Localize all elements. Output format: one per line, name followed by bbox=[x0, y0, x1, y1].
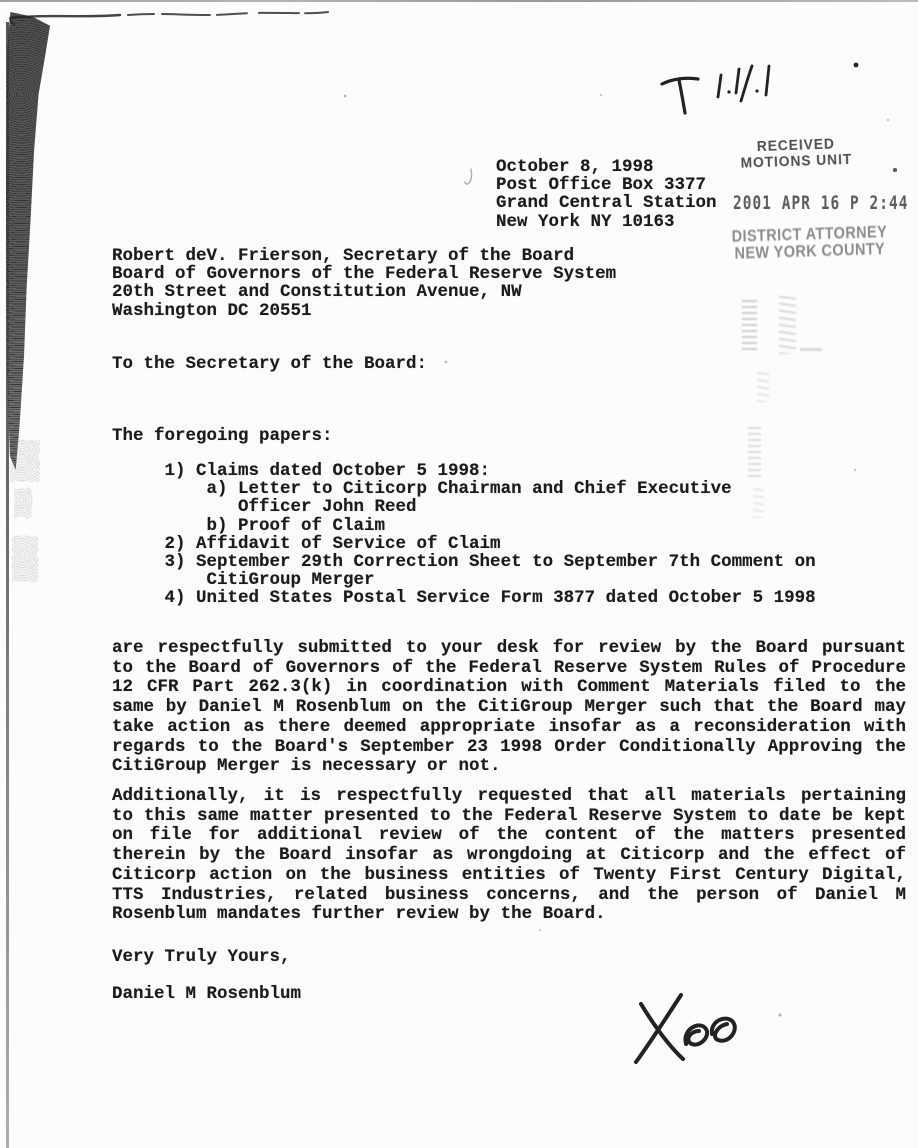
scan-speckle bbox=[14, 488, 32, 518]
text-line: New York NY 10163 bbox=[496, 213, 717, 231]
text-line: a) Letter to Citicorp Chairman and Chief… bbox=[112, 480, 816, 498]
scanned-letter-page: RECEIVED MOTIONS UNIT 2001 APR 16 P 2:44… bbox=[0, 0, 918, 1148]
faded-stamp-remnant bbox=[742, 300, 757, 350]
faded-stamp-remnant bbox=[779, 296, 796, 354]
text-line: 4) United States Postal Service Form 387… bbox=[112, 589, 816, 607]
intro-line: The foregoing papers: bbox=[112, 426, 333, 446]
text-line: 3) September 29th Correction Sheet to Se… bbox=[112, 553, 816, 571]
text-line: Grand Central Station bbox=[496, 194, 717, 212]
handwritten-exhibit-mark bbox=[648, 56, 868, 126]
text-line: same by Daniel M Rosenblum on the CitiGr… bbox=[112, 698, 906, 718]
text-line: 20th Street and Constitution Avenue, NW bbox=[112, 283, 616, 301]
text-line: to this same matter presented to the Fed… bbox=[112, 807, 906, 827]
text-line: Post Office Box 3377 bbox=[496, 176, 717, 194]
text-line: Additionally, it is respectfully request… bbox=[112, 787, 906, 807]
text-line: on file for additional review of the con… bbox=[112, 826, 906, 846]
closing-line: Very Truly Yours, bbox=[112, 947, 291, 967]
signature-scrawl bbox=[624, 988, 769, 1070]
text-line: 2) Affidavit of Service of Claim bbox=[112, 535, 816, 553]
text-line: take action as there deemed appropriate … bbox=[112, 718, 906, 738]
stamp-ink-dot bbox=[893, 168, 897, 172]
received-datetime-stamp: 2001 APR 16 P 2:44 bbox=[733, 191, 909, 214]
faint-pen-tick-artifact bbox=[463, 167, 477, 187]
recipient-address-block: Robert deV. Frierson, Secretary of the B… bbox=[112, 247, 616, 320]
text-line: TTS Industries, related business concern… bbox=[112, 886, 906, 906]
text-line: Citicorp action on the business entities… bbox=[112, 866, 906, 886]
text-line: 12 CFR Part 262.3(k) in coordination wit… bbox=[112, 678, 906, 698]
stamp-da-line2: NEW YORK COUNTY bbox=[726, 240, 893, 262]
text-line: Robert deV. Frierson, Secretary of the B… bbox=[112, 247, 616, 265]
text-line: October 8, 1998 bbox=[496, 158, 717, 176]
text-line: CitiGroup Merger is necessary or not. bbox=[112, 757, 906, 777]
text-line: Board of Governors of the Federal Reserv… bbox=[112, 265, 616, 283]
faded-stamp-remnant bbox=[800, 348, 822, 351]
text-line: CitiGroup Merger bbox=[112, 571, 816, 589]
text-line: Washington DC 20551 bbox=[112, 302, 616, 320]
text-line: regards to the Board's September 23 1998… bbox=[112, 738, 906, 758]
text-line: 1) Claims dated October 5 1998: bbox=[112, 462, 816, 480]
signature-name: Daniel M Rosenblum bbox=[112, 984, 301, 1004]
scan-speckle bbox=[10, 440, 40, 482]
faded-stamp-remnant bbox=[757, 368, 769, 402]
body-paragraph-1: are respectfully submitted to your desk … bbox=[112, 639, 906, 777]
text-line: Rosenblum mandates further review by the… bbox=[112, 905, 906, 925]
text-line: to the Board of Governors of the Federal… bbox=[112, 659, 906, 679]
text-line: are respectfully submitted to your desk … bbox=[112, 639, 906, 659]
body-paragraph-2: Additionally, it is respectfully request… bbox=[112, 787, 906, 925]
text-line: b) Proof of Claim bbox=[112, 517, 816, 535]
district-attorney-stamp: DISTRICT ATTORNEY NEW YORK COUNTY bbox=[726, 224, 893, 262]
text-line: therein by the Board insofar as wrongdoi… bbox=[112, 846, 906, 866]
scan-top-wavy-line-artifact bbox=[8, 6, 428, 26]
sender-date-block: October 8, 1998Post Office Box 3377Grand… bbox=[496, 158, 717, 231]
scan-corner-shadow-artifact bbox=[6, 12, 50, 470]
received-motions-unit-stamp: RECEIVED MOTIONS UNIT bbox=[732, 137, 860, 172]
stamp-motions-unit-line: MOTIONS UNIT bbox=[733, 152, 861, 172]
text-line: Officer John Reed bbox=[112, 498, 816, 516]
scan-speckle bbox=[12, 536, 38, 582]
scan-top-edge-artifact bbox=[0, 0, 918, 2]
enclosure-list: 1) Claims dated October 5 1998: a) Lette… bbox=[112, 462, 816, 608]
salutation-line: To the Secretary of the Board: bbox=[112, 354, 427, 374]
